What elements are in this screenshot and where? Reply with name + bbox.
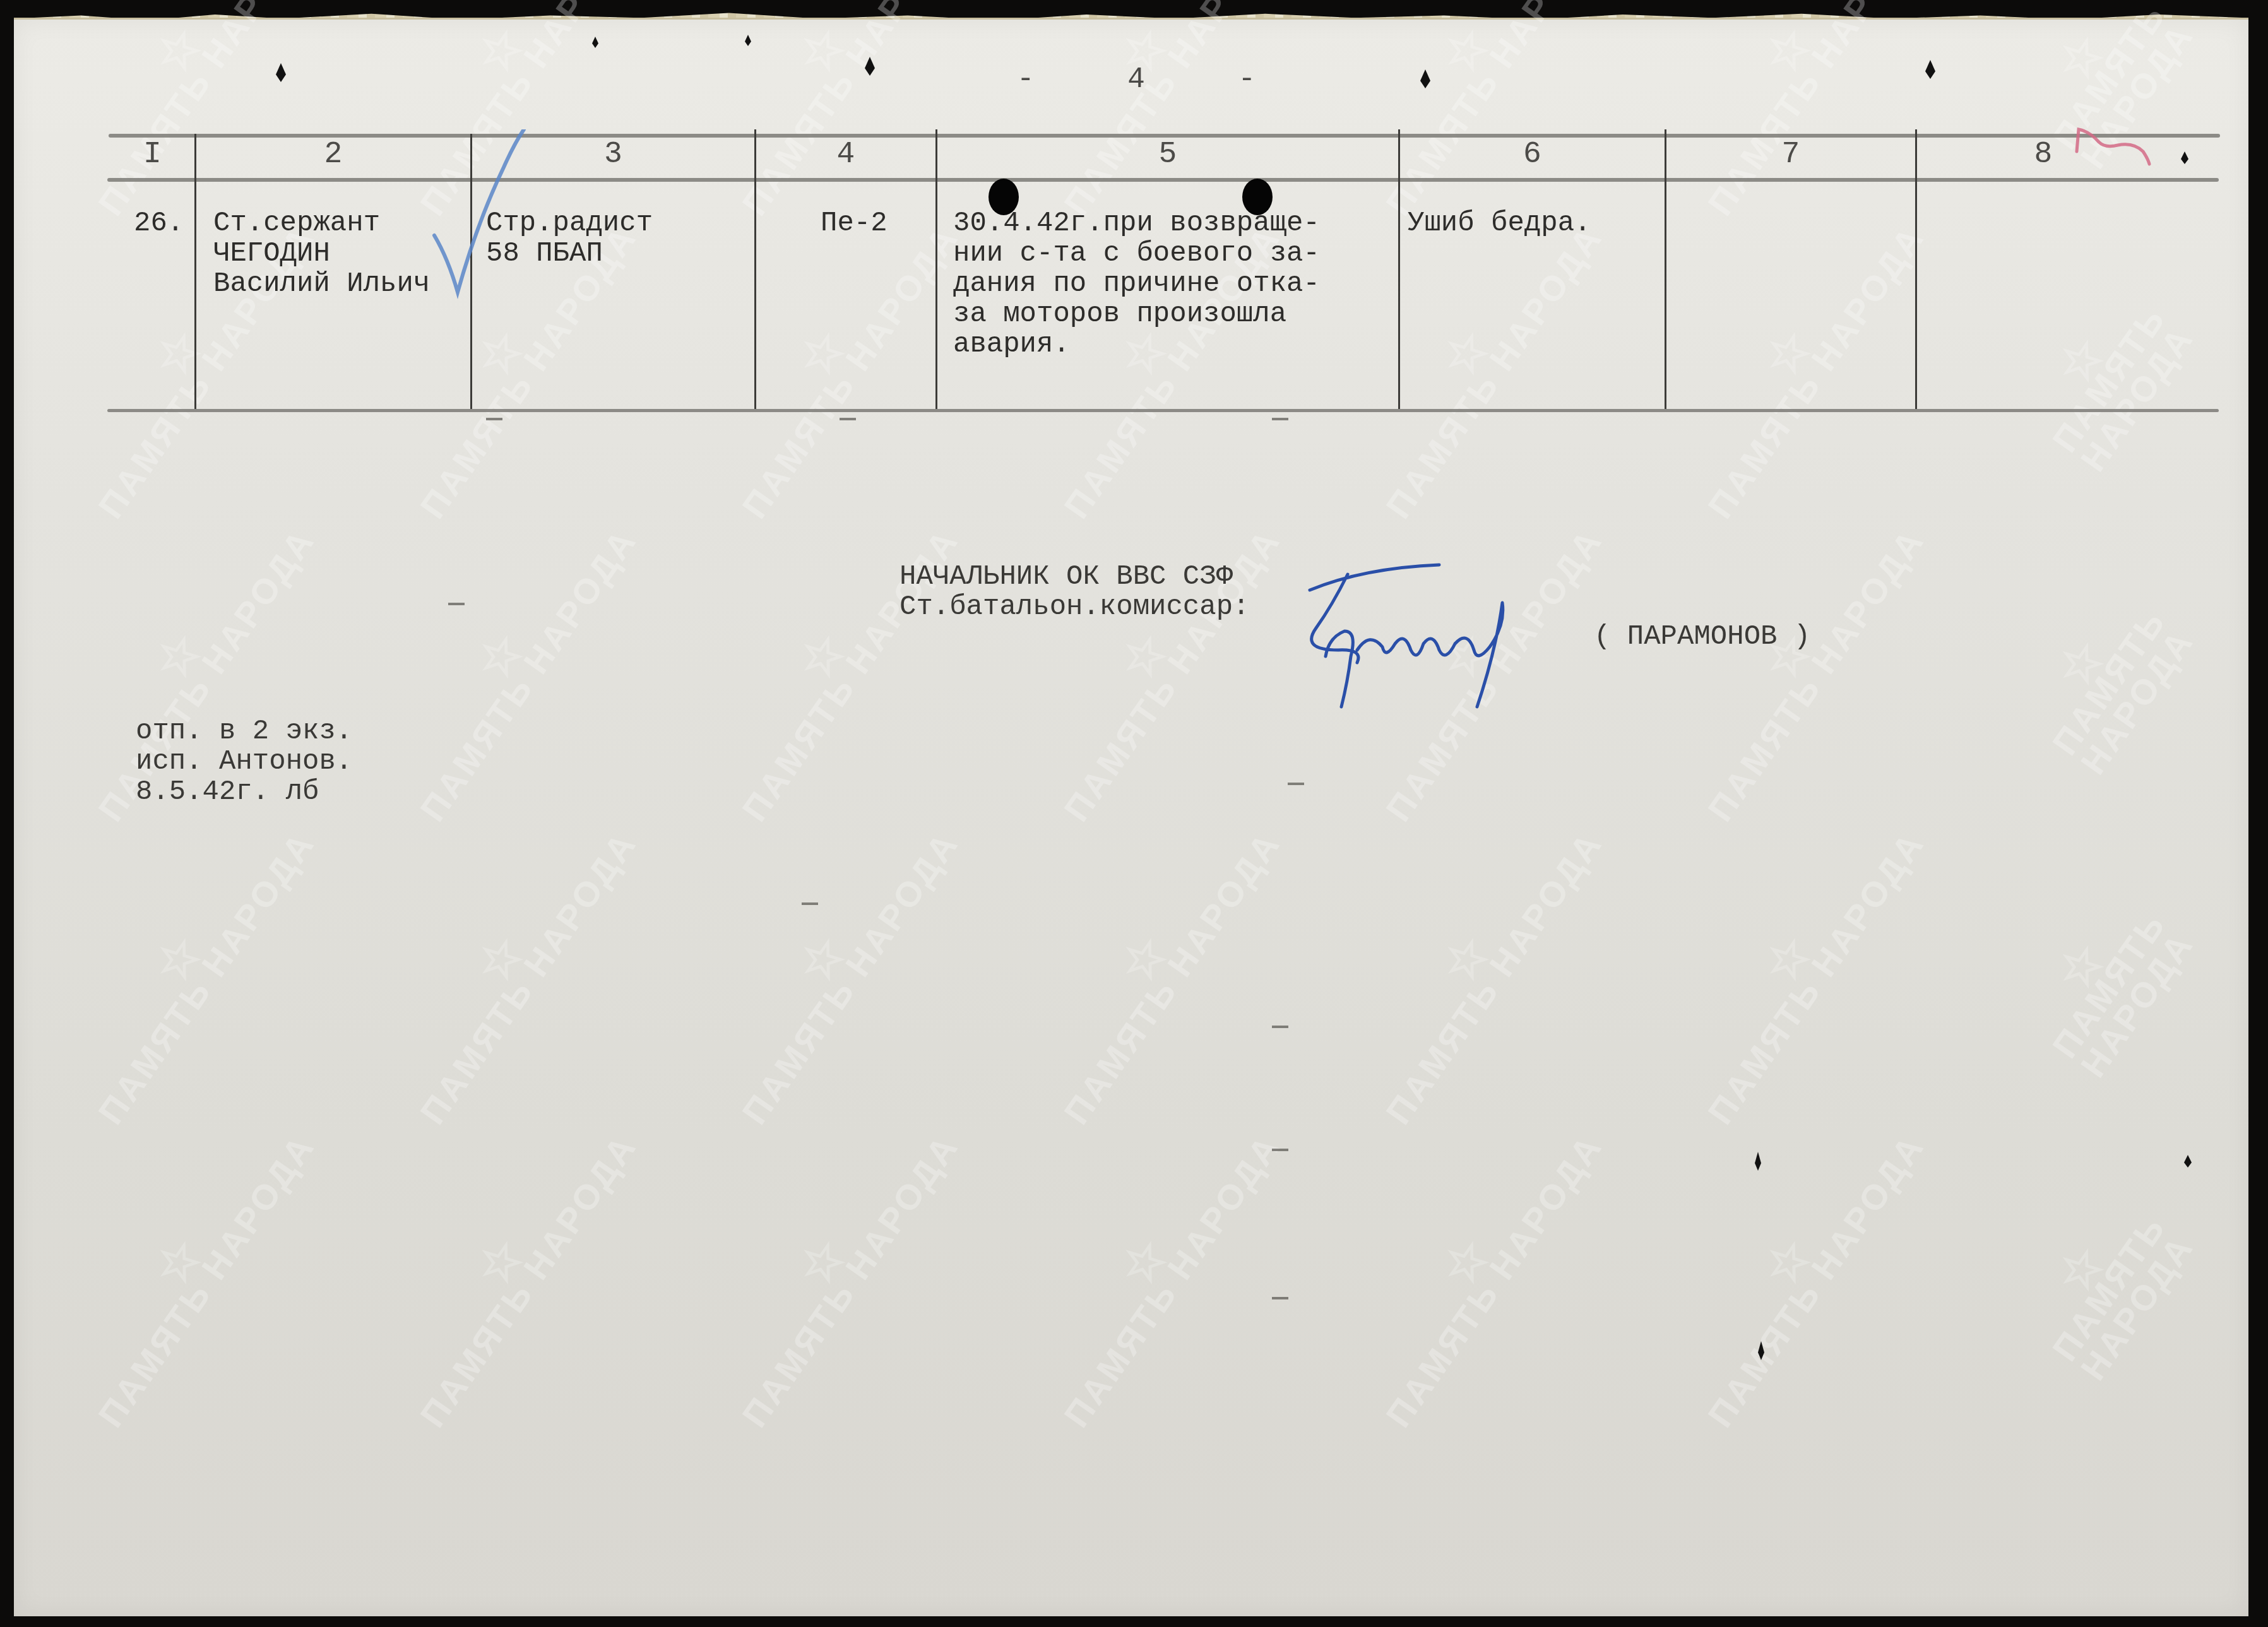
show-through-dash (1272, 1297, 1288, 1299)
binder-hole-icon (1242, 179, 1273, 215)
show-through-dash (1272, 1026, 1288, 1028)
checkmark-icon (429, 129, 555, 300)
show-through-dash (1288, 783, 1304, 785)
show-through-dash (840, 418, 856, 420)
footer-date-note: 8.5.42г. лб (136, 777, 319, 807)
table-header-rule (107, 178, 2219, 182)
injury-description: Ушиб бедра. (1408, 208, 1591, 239)
show-through-dash (1272, 1149, 1288, 1151)
column-header-1: I (110, 133, 194, 177)
page-number: - 4 - (985, 63, 1326, 96)
binder-hole-icon (989, 179, 1019, 215)
row-number: 26. (134, 208, 184, 239)
footer-executor-note: исп. Антонов. (136, 747, 352, 777)
footer-copies-note: отп. в 2 экз. (136, 716, 352, 747)
show-through-dash (802, 902, 818, 905)
show-through-dash (448, 603, 465, 605)
table-bottom-rule (107, 409, 2219, 412)
red-pencil-mark-icon (2074, 126, 2200, 177)
incident-circumstances: 30.4.42г.при возвраще- нии с-та с боевог… (953, 208, 1320, 360)
show-through-dash (486, 418, 502, 420)
printed-name: ( ПАРАМОНОВ ) (1594, 622, 1810, 652)
show-through-dash (1272, 418, 1288, 420)
column-header-7: 7 (1666, 133, 1915, 177)
rank-and-name: Ст.сержант ЧЕГОДИН Василий Ильич (213, 208, 430, 299)
column-header-4: 4 (756, 133, 935, 177)
column-header-5: 5 (937, 133, 1398, 177)
signature-title-line1: НАЧАЛЬНИК ОК ВВС СЗФ (899, 562, 1233, 592)
column-header-6: 6 (1400, 133, 1665, 177)
signature-title-line2: Ст.батальон.комиссар: (899, 592, 1250, 622)
handwritten-signature (1288, 555, 1553, 719)
aircraft-type: Пе-2 (821, 208, 888, 239)
